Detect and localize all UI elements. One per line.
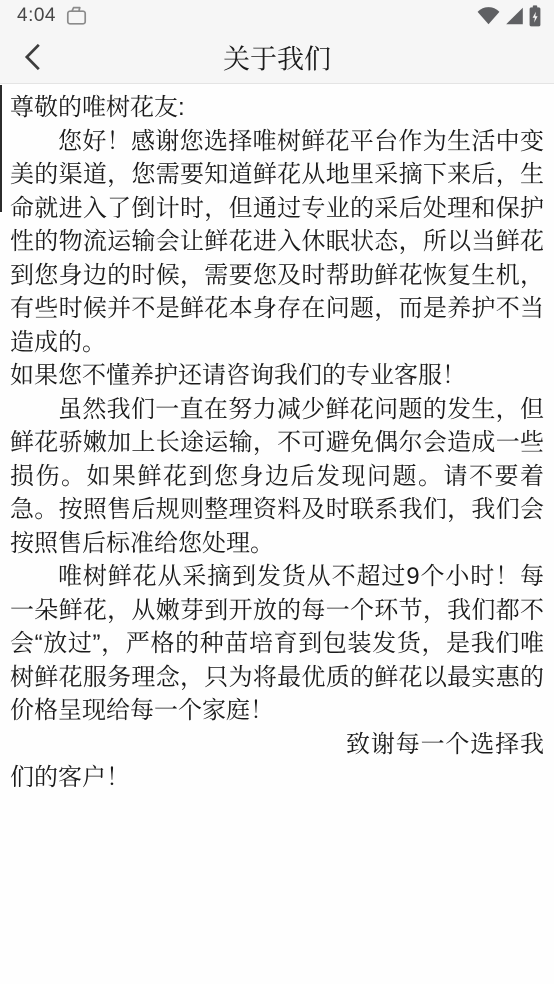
chevron-left-icon	[22, 59, 43, 74]
status-time: 4:04	[17, 5, 56, 27]
scrollbar-thumb[interactable]	[0, 85, 2, 212]
paragraph-aftersales: 虽然我们一直在努力减少鲜花问题的发生，但鲜花骄嫩加上长途运输，不可避免偶尔会造成…	[10, 393, 544, 561]
cellular-signal-icon	[505, 7, 524, 25]
status-right-icons	[477, 5, 541, 27]
battery-charging-icon	[529, 5, 541, 27]
paragraph-service-note: 如果您不懂养护还请咨询我们的专业客服！	[10, 359, 544, 393]
wifi-icon	[477, 7, 500, 25]
page-title: 关于我们	[223, 37, 331, 76]
paragraph-salutation: 尊敬的唯树花友:	[10, 91, 544, 125]
paragraph-promise: 唯树鲜花从采摘到发货从不超过9个小时！每一朵鲜花，从嫩芽到开放的每一个环节，我们…	[10, 560, 544, 728]
work-profile-icon	[66, 6, 87, 26]
about-us-content[interactable]: 尊敬的唯树花友: 您好！感谢您选择唯树鲜花平台作为生活中变美的渠道，您需要知道鲜…	[0, 84, 554, 795]
app-bar: 关于我们	[0, 30, 554, 84]
screen: 4:04	[0, 0, 554, 984]
paragraph-thanks: 致谢每一个选择我们的客户！	[10, 728, 544, 795]
paragraph-intro: 您好！感谢您选择唯树鲜花平台作为生活中变美的渠道，您需要知道鲜花从地里采摘下来后…	[10, 125, 544, 360]
back-button[interactable]	[20, 40, 45, 73]
status-bar: 4:04	[0, 0, 554, 30]
